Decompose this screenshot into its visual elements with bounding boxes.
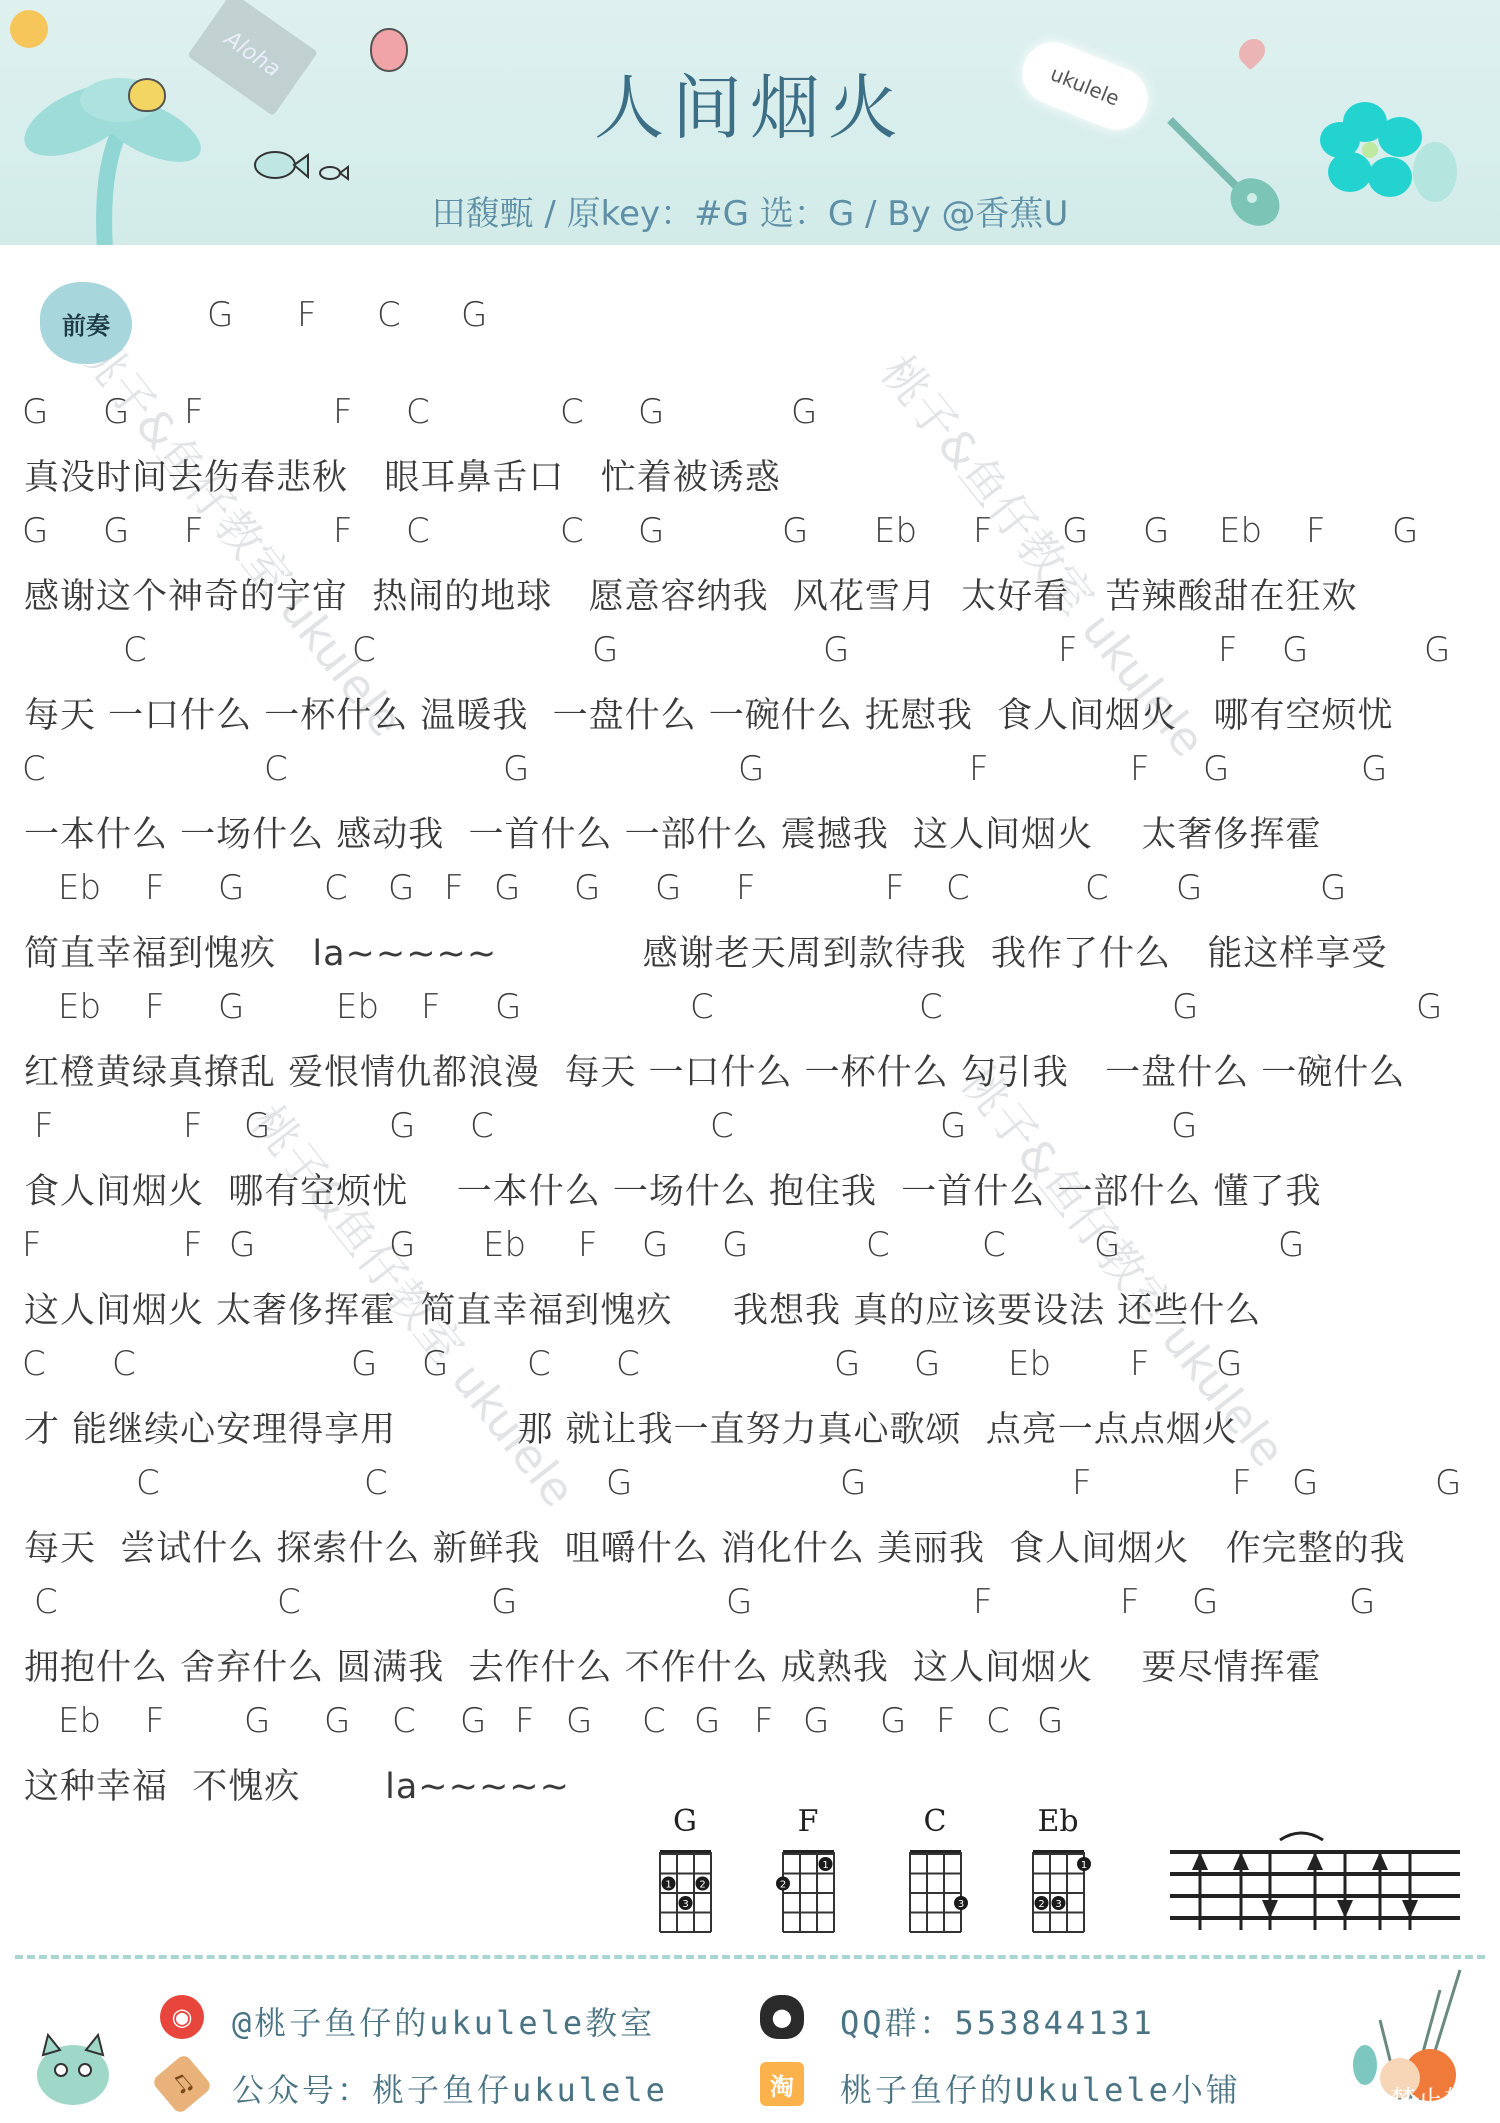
- chord-symbol: F: [333, 511, 353, 551]
- fretboard-grid: 12: [773, 1846, 843, 1941]
- chord-symbol: G: [880, 1701, 906, 1741]
- chord-symbol: F: [1130, 1344, 1150, 1384]
- chord-symbol: G: [491, 1582, 517, 1622]
- chord-row: CCGGFFGG: [0, 749, 1500, 793]
- chord-symbol: G: [840, 1463, 866, 1503]
- chord-symbol: G: [1424, 630, 1450, 670]
- svg-text:3: 3: [682, 1899, 688, 1910]
- chord-symbol: F: [1120, 1582, 1140, 1622]
- chord-symbol: G: [1176, 868, 1202, 908]
- chord-symbol: Eb: [58, 1701, 101, 1741]
- chord-row: GGFFCCGGEbFGGEbFG: [0, 511, 1500, 555]
- chord-symbol: G: [1292, 1463, 1318, 1503]
- chord-symbol: G: [1416, 987, 1442, 1027]
- chord-symbol: C: [136, 1463, 160, 1503]
- chord-symbol: C: [527, 1344, 551, 1384]
- chord-symbol: C: [112, 1344, 136, 1384]
- cat-mascot-icon: [28, 2030, 118, 2110]
- chord-row: EbFGGCGFGCGFGGFCG: [0, 1701, 1500, 1745]
- chord-symbol: F: [145, 868, 165, 908]
- lyric-line: 拥抱什么 舍弃什么 圆满我 去作什么 不作什么 成熟我 这人间烟火 要尽情挥霍: [24, 1640, 1322, 1690]
- chord-symbol: F: [1218, 630, 1238, 670]
- chord-symbol: C: [866, 1225, 890, 1265]
- footer-taobao[interactable]: 桃子鱼仔的Ukulele小铺: [840, 2065, 1241, 2111]
- chord-symbol: G: [1216, 1344, 1242, 1384]
- lyric-line: 这人间烟火 太奢侈挥霍 简直幸福到愧疚 我想我 真的应该要设法 还些什么: [24, 1283, 1261, 1333]
- lyric-line: 食人间烟火 哪有空烦忧 一本什么 一场什么 抱住我 一首什么 一部什么 懂了我: [24, 1164, 1322, 1214]
- lyric-line: 才 能继续心安理得享用 那 就让我一直努力真心歌颂 点亮一点点烟火: [24, 1402, 1238, 1452]
- chord-symbol: G: [460, 1701, 486, 1741]
- chord-symbol: F: [1058, 630, 1078, 670]
- lyric-line: 一本什么 一场什么 感动我 一首什么 一部什么 震撼我 这人间烟火 太奢侈挥霍: [24, 807, 1322, 857]
- chord-diagram-name: F: [778, 1804, 838, 1839]
- chord-symbol: G: [1435, 1463, 1461, 1503]
- chord-symbol: G: [218, 868, 244, 908]
- chord-symbol: G: [722, 1225, 748, 1265]
- chord-symbol: G: [1094, 1225, 1120, 1265]
- chord-symbol: G: [229, 1225, 255, 1265]
- chord-diagram-name: Eb: [1028, 1804, 1088, 1839]
- chord-row: CCGGFFGG: [0, 1463, 1500, 1507]
- lyric-line: 简直幸福到愧疚 la~~~~~ 感谢老天周到款待我 我作了什么 能这样享受: [24, 926, 1387, 976]
- svg-text:3: 3: [1055, 1899, 1061, 1910]
- footer-qq[interactable]: QQ群：553844131: [840, 1998, 1155, 2044]
- chord-symbol: G: [791, 392, 817, 432]
- chord-symbol: G: [566, 1701, 592, 1741]
- chord-symbol: G: [1172, 987, 1198, 1027]
- chord-row: FFGGCCGG: [0, 1106, 1500, 1150]
- chord-symbol: C: [919, 987, 943, 1027]
- chord-row: CCGGFFGG: [0, 630, 1500, 674]
- chord-symbol: C: [690, 987, 714, 1027]
- lyric-line: 感谢这个神奇的宇宙 热闹的地球 愿意容纳我 风花雪月 太好看 苦辣酸甜在狂欢: [24, 569, 1358, 619]
- chord-symbol: G: [694, 1701, 720, 1741]
- chord-symbol: C: [123, 630, 147, 670]
- chord-row: CCGGCCGGEbFG: [0, 1344, 1500, 1388]
- chord-row: FFGGEbFGGCCGG: [0, 1225, 1500, 1269]
- chord-symbol: Eb: [483, 1225, 526, 1265]
- chord-symbol: G: [244, 1701, 270, 1741]
- chord-diagram-name: C: [905, 1804, 965, 1839]
- chord-symbol: F: [184, 511, 204, 551]
- chord-symbol: C: [34, 1582, 58, 1622]
- chord-symbol: G: [655, 868, 681, 908]
- chord-symbol: F: [1130, 749, 1150, 789]
- intro-chord: C: [377, 295, 401, 335]
- chord-symbol: G: [726, 1582, 752, 1622]
- chord-symbol: G: [1361, 749, 1387, 789]
- strumming-pattern-diagram: [1165, 1830, 1465, 1930]
- chord-symbol: Eb: [58, 987, 101, 1027]
- chord-symbol: C: [986, 1701, 1010, 1741]
- lyric-line: 真没时间去伤春悲秋 眼耳鼻舌口 忙着被诱惑: [24, 450, 781, 500]
- chord-symbol: F: [145, 1701, 165, 1741]
- chord-symbol: G: [324, 1701, 350, 1741]
- intro-chord: F: [297, 295, 317, 335]
- svg-text:2: 2: [1038, 1899, 1044, 1910]
- svg-text:2: 2: [699, 1880, 705, 1891]
- chord-symbol: G: [638, 392, 664, 432]
- chord-symbol: G: [422, 1344, 448, 1384]
- chord-symbol: Eb: [874, 511, 917, 551]
- footer-wechat[interactable]: 公众号：桃子鱼仔ukulele: [232, 2065, 668, 2111]
- lyric-line: 红橙黄绿真撩乱 爱恨情仇都浪漫 每天 一口什么 一杯什么 勾引我 一盘什么 一碗…: [24, 1045, 1405, 1095]
- chord-symbol: G: [218, 987, 244, 1027]
- chord-symbol: G: [592, 630, 618, 670]
- chord-symbol: C: [616, 1344, 640, 1384]
- chord-symbol: G: [642, 1225, 668, 1265]
- chord-symbol: C: [352, 630, 376, 670]
- lyric-line: 这种幸福 不愧疚 la~~~~~: [24, 1759, 570, 1809]
- chord-symbol: G: [22, 511, 48, 551]
- fretboard-grid: 3: [900, 1846, 970, 1941]
- chord-symbol: G: [1320, 868, 1346, 908]
- chord-row: CCGGFFGG: [0, 1582, 1500, 1626]
- chord-symbol: G: [389, 1225, 415, 1265]
- copyright-stamp: 禁止转: [1390, 2080, 1471, 2117]
- chord-symbol: C: [392, 1701, 416, 1741]
- chord-symbol: G: [495, 987, 521, 1027]
- chord-row: EbFGCGFGGGFFCCGG: [0, 868, 1500, 912]
- chord-symbol: G: [503, 749, 529, 789]
- chord-symbol: G: [738, 749, 764, 789]
- svg-text:1: 1: [822, 1860, 828, 1871]
- footer-divider: [15, 1955, 1485, 1959]
- chord-symbol: Eb: [336, 987, 379, 1027]
- chord-symbol: F: [885, 868, 905, 908]
- chord-symbol: F: [34, 1106, 54, 1146]
- chord-symbol: C: [22, 749, 46, 789]
- chord-symbol: C: [22, 1344, 46, 1384]
- chord-symbol: Eb: [58, 868, 101, 908]
- fretboard-grid: 123: [650, 1846, 720, 1941]
- header-banner: Aloha 人间烟火 田馥甄 / 原key：#G 选：G / By @香蕉U u…: [0, 0, 1500, 245]
- chord-symbol: C: [1085, 868, 1109, 908]
- chord-symbol: F: [969, 749, 989, 789]
- chord-symbol: G: [803, 1701, 829, 1741]
- chord-symbol: G: [638, 511, 664, 551]
- chord-symbol: G: [494, 868, 520, 908]
- chord-symbol: G: [1171, 1106, 1197, 1146]
- chord-symbol: G: [1143, 511, 1169, 551]
- chord-symbol: G: [1392, 511, 1418, 551]
- chord-symbol: G: [823, 630, 849, 670]
- chord-row: GGFFCCGG: [0, 392, 1500, 436]
- lyric-line: 每天 一口什么 一杯什么 温暖我 一盘什么 一碗什么 抚慰我 食人间烟火 哪有空…: [24, 688, 1394, 738]
- hibiscus-flower-icon: [1315, 92, 1465, 222]
- chord-symbol: C: [982, 1225, 1006, 1265]
- lyric-line: 每天 尝试什么 探索什么 新鲜我 咀嚼什么 消化什么 美丽我 食人间烟火 作完整…: [24, 1521, 1406, 1571]
- footer-weibo[interactable]: @桃子鱼仔的ukulele教室: [232, 1998, 655, 2044]
- chord-symbol: C: [642, 1701, 666, 1741]
- chord-symbol: G: [1278, 1225, 1304, 1265]
- chord-symbol: F: [1306, 511, 1326, 551]
- chord-symbol: F: [183, 1225, 203, 1265]
- chord-symbol: Eb: [1008, 1344, 1051, 1384]
- chord-symbol: G: [940, 1106, 966, 1146]
- weibo-icon: ◉: [160, 1995, 204, 2039]
- chord-symbol: F: [754, 1701, 774, 1741]
- chord-symbol: F: [145, 987, 165, 1027]
- chord-symbol: C: [560, 392, 584, 432]
- chord-symbol: G: [1203, 749, 1229, 789]
- chord-symbol: F: [736, 868, 756, 908]
- intro-chord-row: GFCG: [0, 295, 1500, 339]
- chord-symbol: F: [1232, 1463, 1252, 1503]
- chord-symbol: C: [946, 868, 970, 908]
- intro-chord: G: [207, 295, 233, 335]
- chord-symbol: C: [277, 1582, 301, 1622]
- chord-row: EbFGEbFGCCGG: [0, 987, 1500, 1031]
- chord-symbol: G: [914, 1344, 940, 1384]
- chord-symbol: Eb: [1219, 511, 1262, 551]
- chord-symbol: C: [324, 868, 348, 908]
- chord-symbol: F: [22, 1225, 42, 1265]
- chord-symbol: F: [333, 392, 353, 432]
- chord-symbol: F: [1072, 1463, 1092, 1503]
- chord-diagram-name: G: [655, 1804, 715, 1839]
- chord-symbol: G: [574, 868, 600, 908]
- chord-symbol: G: [606, 1463, 632, 1503]
- chord-symbol: G: [1192, 1582, 1218, 1622]
- svg-text:1: 1: [1081, 1860, 1087, 1871]
- chord-symbol: G: [244, 1106, 270, 1146]
- ukulele-small-icon: ♫: [151, 2053, 213, 2115]
- chord-symbol: F: [444, 868, 464, 908]
- chord-symbol: F: [936, 1701, 956, 1741]
- svg-text:1: 1: [665, 1880, 671, 1891]
- ukulele-icon: [1160, 110, 1290, 230]
- chord-symbol: G: [782, 511, 808, 551]
- chord-symbol: F: [515, 1701, 535, 1741]
- chord-symbol: G: [388, 868, 414, 908]
- chord-symbol: G: [22, 392, 48, 432]
- chord-symbol: G: [351, 1344, 377, 1384]
- chord-symbol: F: [421, 987, 441, 1027]
- qq-penguin-icon: ●: [760, 1995, 804, 2039]
- chord-symbol: G: [834, 1344, 860, 1384]
- chord-symbol: F: [184, 392, 204, 432]
- chord-symbol: G: [1349, 1582, 1375, 1622]
- chord-symbol: C: [560, 511, 584, 551]
- svg-text:2: 2: [780, 1880, 786, 1891]
- chord-symbol: C: [710, 1106, 734, 1146]
- chord-symbol: F: [183, 1106, 203, 1146]
- chord-symbol: G: [1282, 630, 1308, 670]
- chord-symbol: F: [973, 511, 993, 551]
- chord-symbol: G: [103, 392, 129, 432]
- chord-symbol: G: [1062, 511, 1088, 551]
- taobao-icon: 淘: [760, 2062, 804, 2106]
- svg-text:3: 3: [958, 1899, 964, 1910]
- chord-symbol: C: [470, 1106, 494, 1146]
- chord-symbol: C: [364, 1463, 388, 1503]
- chord-symbol: G: [389, 1106, 415, 1146]
- chord-symbol: C: [406, 511, 430, 551]
- sun-sticker-icon: [10, 10, 48, 48]
- intro-chord: G: [461, 295, 487, 335]
- chord-symbol: C: [406, 392, 430, 432]
- chord-symbol: F: [578, 1225, 598, 1265]
- chord-symbol: C: [264, 749, 288, 789]
- chord-symbol: G: [103, 511, 129, 551]
- chord-symbol: F: [973, 1582, 993, 1622]
- chord-symbol: G: [1037, 1701, 1063, 1741]
- fretboard-grid: 123: [1023, 1846, 1093, 1941]
